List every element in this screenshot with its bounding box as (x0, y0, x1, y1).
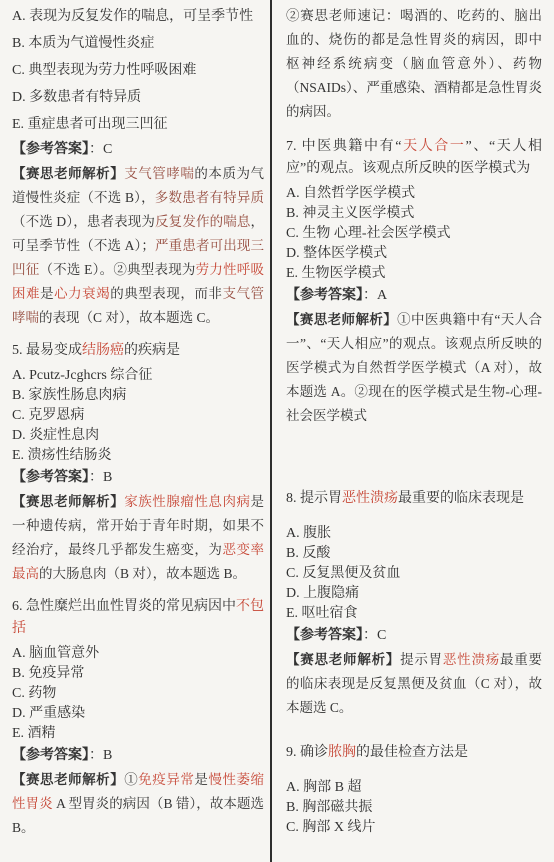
text-segment: A. 腹胀 (286, 526, 331, 541)
question-6-mnemonic: ②赛思老师速记：喝酒的、吃药的、脑出血的、烧伤的都是急性胃炎的病因，即中枢神经系… (286, 4, 542, 124)
answer-line: 【参考答案】：C (286, 624, 542, 648)
question-5-stem: 5. 最易变成结肠癌的疾病是 (12, 340, 264, 362)
text-segment: E. 呕吐宿食 (286, 606, 358, 621)
answer-line: 【参考答案】：B (12, 744, 264, 768)
text-segment: 的大肠息肉（B 对），故本题选 B。 (39, 566, 246, 581)
option-line: D. 严重感染 (12, 704, 264, 724)
text-segment: 是 (194, 772, 208, 787)
question-5-answer: 【参考答案】：B (12, 466, 264, 490)
text-segment: 免疫异常 (138, 772, 194, 787)
text-segment: A. 脑血管意外 (12, 646, 99, 661)
option-line: B. 本质为气道慢性炎症 (12, 30, 264, 57)
text-segment: ：A (363, 288, 387, 303)
option-line: B. 免疫异常 (12, 664, 264, 684)
text-segment: 【参考答案】 (12, 748, 89, 763)
question-stem-line: 5. 最易变成结肠癌的疾病是 (12, 340, 264, 362)
text-segment: ②赛思老师速记：喝酒的、吃药的、脑出血的、烧伤的都是急性胃炎的病因，即中枢神经系… (286, 8, 542, 119)
text-segment: E. 酒精 (12, 726, 56, 741)
question-7-answer: 【参考答案】：A (286, 284, 542, 308)
text-segment: C. 典型表现为劳力性呼吸困难 (12, 63, 196, 78)
option-line: E. 溃疡性结肠炎 (12, 446, 264, 466)
spacer (286, 764, 542, 778)
option-line: B. 胸部磁共振 (286, 798, 542, 818)
option-line: E. 酒精 (12, 724, 264, 744)
text-segment: 提示胃 (400, 652, 443, 667)
question-4-options: A. 表现为反复发作的喘息，可呈季节性B. 本质为气道慢性炎症C. 典型表现为劳… (12, 3, 264, 138)
text-segment: D. 严重感染 (12, 706, 85, 721)
spacer (286, 720, 542, 740)
question-9-stem: 9. 确诊脓胸的最佳检查方法是 (286, 742, 542, 764)
text-segment: 脓胸 (328, 745, 356, 760)
text-segment: A. 胸部 B 超 (286, 780, 361, 795)
column-divider (270, 0, 272, 862)
text-segment: E. 溃疡性结肠炎 (12, 448, 112, 463)
option-line: D. 整体医学模式 (286, 244, 542, 264)
option-line: A. 脑血管意外 (12, 644, 264, 664)
text-segment: E. 生物医学模式 (286, 266, 386, 281)
option-line: C. 药物 (12, 684, 264, 704)
option-line: B. 神灵主义医学模式 (286, 204, 542, 224)
text-line: 【赛思老师解析】支气管哮喘的本质为气道慢性炎症（不选 B），多数患者有特异质（不… (12, 162, 264, 330)
text-segment: 【赛思老师解析】 (12, 494, 124, 509)
text-segment: C. 药物 (12, 686, 56, 701)
spacer (286, 124, 542, 134)
text-segment: 结肠癌 (82, 343, 124, 358)
text-segment: 【参考答案】 (286, 628, 363, 643)
question-stem-line: 6. 急性糜烂出血性胃炎的常见病因中不包括 (12, 596, 264, 640)
text-segment: B. 神灵主义医学模式 (286, 206, 414, 221)
option-line: D. 上腹隐痛 (286, 584, 542, 604)
spacer (286, 510, 542, 524)
text-segment: 【赛思老师解析】 (12, 166, 124, 181)
question-7-stem: 7. 中医典籍中有“天人合一”、“天人相应”的观点。该观点所反映的医学模式为 (286, 136, 542, 180)
option-line: D. 炎症性息肉 (12, 426, 264, 446)
text-segment: C. 反复黑便及贫血 (286, 566, 400, 581)
text-segment: ：B (89, 748, 112, 763)
text-segment: A. 自然哲学医学模式 (286, 186, 415, 201)
option-line: A. 表现为反复发作的喘息，可呈季节性 (12, 3, 264, 30)
text-segment: 最重要的临床表现是 (398, 491, 524, 506)
question-9-options: A. 胸部 B 超B. 胸部磁共振C. 胸部 X 线片 (286, 778, 542, 838)
option-line: B. 反酸 (286, 544, 542, 564)
text-segment: 【赛思老师解析】 (286, 312, 397, 327)
text-segment: ：B (89, 470, 112, 485)
option-line: D. 多数患者有特异质 (12, 84, 264, 111)
text-segment: 心力衰竭 (54, 286, 110, 301)
text-segment: C. 胸部 X 线片 (286, 820, 375, 835)
text-segment: 的典型表现，而非 (110, 286, 222, 301)
right-column: ②赛思老师速记：喝酒的、吃药的、脑出血的、烧伤的都是急性胃炎的病因，即中枢神经系… (286, 0, 542, 838)
left-column: A. 表现为反复发作的喘息，可呈季节性B. 本质为气道慢性炎症C. 典型表现为劳… (12, 0, 264, 840)
text-segment: E. 重症患者可出现三凹征 (12, 117, 168, 132)
text-segment: 恶性溃疡 (342, 491, 398, 506)
text-line: 【赛思老师解析】提示胃恶性溃疡最重要的临床表现是反复黑便及贫血（C 对），故本题… (286, 648, 542, 720)
question-6-options: A. 脑血管意外B. 免疫异常C. 药物D. 严重感染E. 酒精 (12, 644, 264, 744)
text-segment: B. 胸部磁共振 (286, 800, 372, 815)
text-segment: 【参考答案】 (286, 288, 363, 303)
option-line: A. 胸部 B 超 (286, 778, 542, 798)
text-segment: 【赛思老师解析】 (12, 772, 124, 787)
text-segment: 反复发作的喘息 (155, 214, 250, 229)
option-line: A. 腹胀 (286, 524, 542, 544)
text-segment: D. 多数患者有特异质 (12, 90, 141, 105)
text-segment: 7. 中医典籍中有“ (286, 139, 401, 154)
text-segment: 【参考答案】 (12, 470, 89, 485)
text-segment: 【赛思老师解析】 (286, 652, 400, 667)
option-line: C. 反复黑便及贫血 (286, 564, 542, 584)
option-line: A. 自然哲学医学模式 (286, 184, 542, 204)
text-segment: 8. 提示胃 (286, 491, 342, 506)
text-segment: 家族性腺瘤性息肉病 (124, 494, 250, 509)
question-8-stem: 8. 提示胃恶性溃疡最重要的临床表现是 (286, 488, 542, 510)
answer-line: 【参考答案】：B (12, 466, 264, 490)
text-segment: ：C (363, 628, 386, 643)
question-4-explanation: 【赛思老师解析】支气管哮喘的本质为气道慢性炎症（不选 B），多数患者有特异质（不… (12, 162, 264, 330)
text-segment: 的最佳检查方法是 (356, 745, 468, 760)
answer-line: 【参考答案】：A (286, 284, 542, 308)
text-segment: D. 炎症性息肉 (12, 428, 99, 443)
text-line: 【赛思老师解析】①中医典籍中有“天人合一”、“天人相应”的观点。该观点所反映的医… (286, 308, 542, 428)
text-segment: （不选 D），患者表现为 (12, 214, 155, 229)
option-line: A. Pcutz-Jcghcrs 综合征 (12, 366, 264, 386)
text-segment: 多数患者有特异质 (155, 190, 264, 205)
text-segment: A. Pcutz-Jcghcrs 综合征 (12, 368, 152, 383)
option-line: E. 生物医学模式 (286, 264, 542, 284)
text-line: 【赛思老师解析】家族性腺瘤性息肉病是一种遗传病，常开始于青年时期，如果不经治疗，… (12, 490, 264, 586)
question-4-answer: 【参考答案】：C (12, 138, 264, 162)
option-line: C. 典型表现为劳力性呼吸困难 (12, 57, 264, 84)
text-segment: 9. 确诊 (286, 745, 328, 760)
question-6-explanation: 【赛思老师解析】①免疫异常是慢性萎缩性胃炎 A 型胃炎的病因（B 错），故本题选… (12, 768, 264, 840)
answer-line: 【参考答案】：C (12, 138, 264, 162)
text-line: ②赛思老师速记：喝酒的、吃药的、脑出血的、烧伤的都是急性胃炎的病因，即中枢神经系… (286, 4, 542, 124)
text-segment: 5. 最易变成 (12, 343, 82, 358)
question-5-explanation: 【赛思老师解析】家族性腺瘤性息肉病是一种遗传病，常开始于青年时期，如果不经治疗，… (12, 490, 264, 586)
question-8-options: A. 腹胀B. 反酸C. 反复黑便及贫血D. 上腹隐痛E. 呕吐宿食 (286, 524, 542, 624)
question-stem-line: 7. 中医典籍中有“天人合一”、“天人相应”的观点。该观点所反映的医学模式为 (286, 136, 542, 180)
text-segment: B. 本质为气道慢性炎症 (12, 36, 154, 51)
option-line: C. 克罗恩病 (12, 406, 264, 426)
option-line: C. 胸部 X 线片 (286, 818, 542, 838)
text-segment: D. 上腹隐痛 (286, 586, 359, 601)
text-segment: 的疾病是 (124, 343, 180, 358)
text-segment: C. 生物 心理-社会医学模式 (286, 226, 451, 241)
text-segment: 6. 急性糜烂出血性胃炎的常见病因中 (12, 599, 236, 614)
text-segment: （不选 E）。②典型表现为 (39, 262, 195, 277)
question-8-answer: 【参考答案】：C (286, 624, 542, 648)
question-stem-line: 8. 提示胃恶性溃疡最重要的临床表现是 (286, 488, 542, 510)
spacer (286, 428, 542, 486)
option-line: E. 呕吐宿食 (286, 604, 542, 624)
text-segment: B. 免疫异常 (12, 666, 84, 681)
question-5-options: A. Pcutz-Jcghcrs 综合征B. 家族性肠息肉病C. 克罗恩病D. … (12, 366, 264, 466)
text-line: 【赛思老师解析】①免疫异常是慢性萎缩性胃炎 A 型胃炎的病因（B 错），故本题选… (12, 768, 264, 840)
text-segment: D. 整体医学模式 (286, 246, 387, 261)
text-segment: 天人合一 (401, 139, 465, 154)
text-segment: C. 克罗恩病 (12, 408, 84, 423)
text-segment: ① (124, 772, 138, 787)
text-segment: B. 家族性肠息肉病 (12, 388, 126, 403)
option-line: B. 家族性肠息肉病 (12, 386, 264, 406)
text-segment: 【参考答案】 (12, 142, 89, 157)
question-8-explanation: 【赛思老师解析】提示胃恶性溃疡最重要的临床表现是反复黑便及贫血（C 对），故本题… (286, 648, 542, 720)
text-segment: ①中医典籍中有“天人合一”、“天人相应”的观点。该观点所反映的医学模式为自然哲学… (286, 312, 542, 423)
question-7-explanation: 【赛思老师解析】①中医典籍中有“天人合一”、“天人相应”的观点。该观点所反映的医… (286, 308, 542, 428)
question-7-options: A. 自然哲学医学模式B. 神灵主义医学模式C. 生物 心理-社会医学模式D. … (286, 184, 542, 284)
text-segment: B. 反酸 (286, 546, 330, 561)
text-segment: 支气管哮喘 (124, 166, 194, 181)
text-segment: 恶性溃疡 (443, 652, 500, 667)
spacer (12, 330, 264, 338)
option-line: C. 生物 心理-社会医学模式 (286, 224, 542, 244)
text-segment: ：C (89, 142, 112, 157)
text-segment: 是 (40, 286, 54, 301)
text-segment: 的表现（C 对），故本题选 C。 (39, 310, 219, 325)
question-6-answer: 【参考答案】：B (12, 744, 264, 768)
option-line: E. 重症患者可出现三凹征 (12, 111, 264, 138)
spacer (12, 586, 264, 594)
question-stem-line: 9. 确诊脓胸的最佳检查方法是 (286, 742, 542, 764)
question-6-stem: 6. 急性糜烂出血性胃炎的常见病因中不包括 (12, 596, 264, 640)
text-segment: A. 表现为反复发作的喘息，可呈季节性 (12, 9, 253, 24)
document-page: A. 表现为反复发作的喘息，可呈季节性B. 本质为气道慢性炎症C. 典型表现为劳… (0, 0, 554, 862)
